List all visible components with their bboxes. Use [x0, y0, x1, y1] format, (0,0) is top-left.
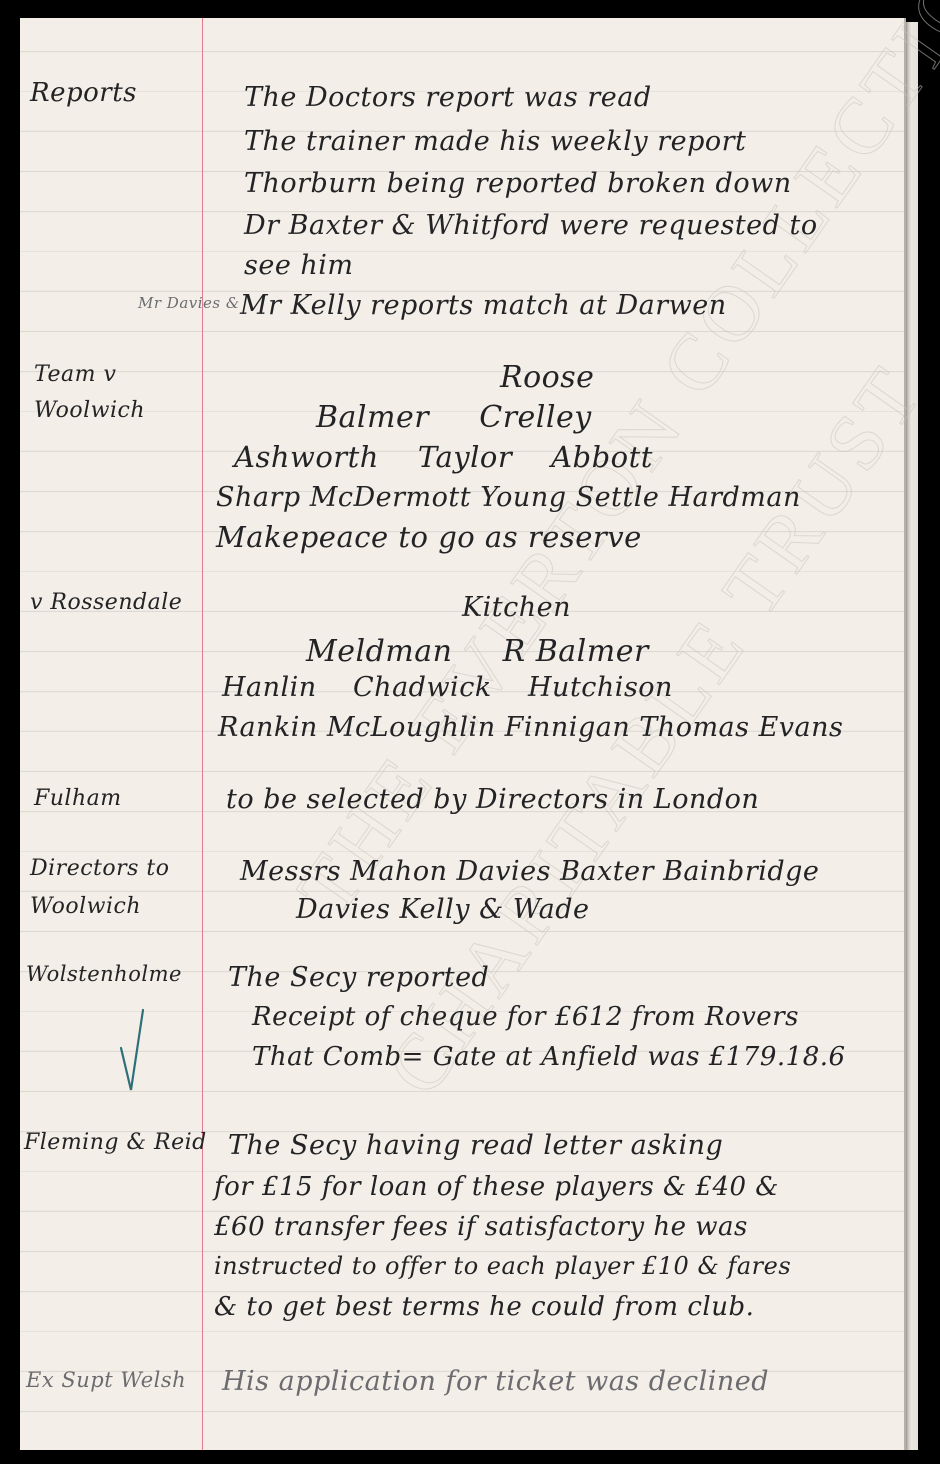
entry-label-rossendale: v Rossendale [30, 590, 182, 615]
entry-label-team-woolwich-1: Team v [34, 362, 116, 387]
team-line: Sharp McDermott Young Settle Hardman [216, 482, 801, 513]
entry-line: Mr Kelly reports match at Darwen [240, 290, 727, 321]
entry-line: The Secy reported [228, 962, 489, 993]
page-edge [906, 22, 918, 1450]
margin-rule [202, 18, 203, 1450]
team-line: Roose [500, 360, 594, 395]
team-line: Makepeace to go as reserve [216, 520, 642, 554]
entry-label-directors-1: Directors to [30, 856, 170, 881]
entry-line: That Comb= Gate at Anfield was £179.18.6 [252, 1042, 846, 1072]
entry-label-ex-supt-welsh: Ex Supt Welsh [26, 1368, 186, 1392]
entry-label-davies: Mr Davies & [138, 294, 240, 312]
entry-label-fulham: Fulham [34, 786, 122, 811]
entry-line: £60 transfer fees if satisfactory he was [214, 1212, 748, 1242]
entry-label-fleming-reid: Fleming & Reid [24, 1130, 207, 1155]
team-line: Meldman R Balmer [306, 634, 649, 669]
entry-line: Thorburn being reported broken down [244, 168, 792, 199]
entry-label-team-woolwich-2: Woolwich [34, 398, 145, 423]
checkmark-icon [119, 1008, 149, 1098]
entry-line: Receipt of cheque for £612 from Rovers [252, 1002, 799, 1032]
entry-line: Dr Baxter & Whitford were requested to [244, 210, 818, 241]
entry-line: The Secy having read letter asking [228, 1130, 723, 1161]
team-line: Kitchen [462, 592, 571, 623]
entry-line: The Doctors report was read [244, 82, 652, 113]
entry-line: Davies Kelly & Wade [296, 894, 589, 925]
entry-line: & to get best terms he could from club. [214, 1292, 754, 1322]
entry-line: His application for ticket was declined [222, 1366, 769, 1397]
entry-line: The trainer made his weekly report [244, 126, 746, 157]
team-line: Rankin McLoughlin Finnigan Thomas Evans [218, 712, 843, 743]
team-line: Balmer Crelley [316, 400, 592, 435]
team-line: Hanlin Chadwick Hutchison [222, 672, 673, 703]
entry-line: see him [244, 250, 354, 281]
entry-line: for £15 for loan of these players & £40 … [214, 1172, 779, 1202]
entry-label-directors-2: Woolwich [30, 894, 141, 919]
entry-line: instructed to offer to each player £10 &… [214, 1252, 791, 1280]
entry-label-wolstenholme: Wolstenholme [26, 962, 182, 986]
entry-label-reports: Reports [30, 78, 137, 108]
entry-line: Messrs Mahon Davies Baxter Bainbridge [240, 856, 819, 887]
team-line: Ashworth Taylor Abbott [234, 440, 653, 474]
entry-line: to be selected by Directors in London [226, 784, 759, 815]
